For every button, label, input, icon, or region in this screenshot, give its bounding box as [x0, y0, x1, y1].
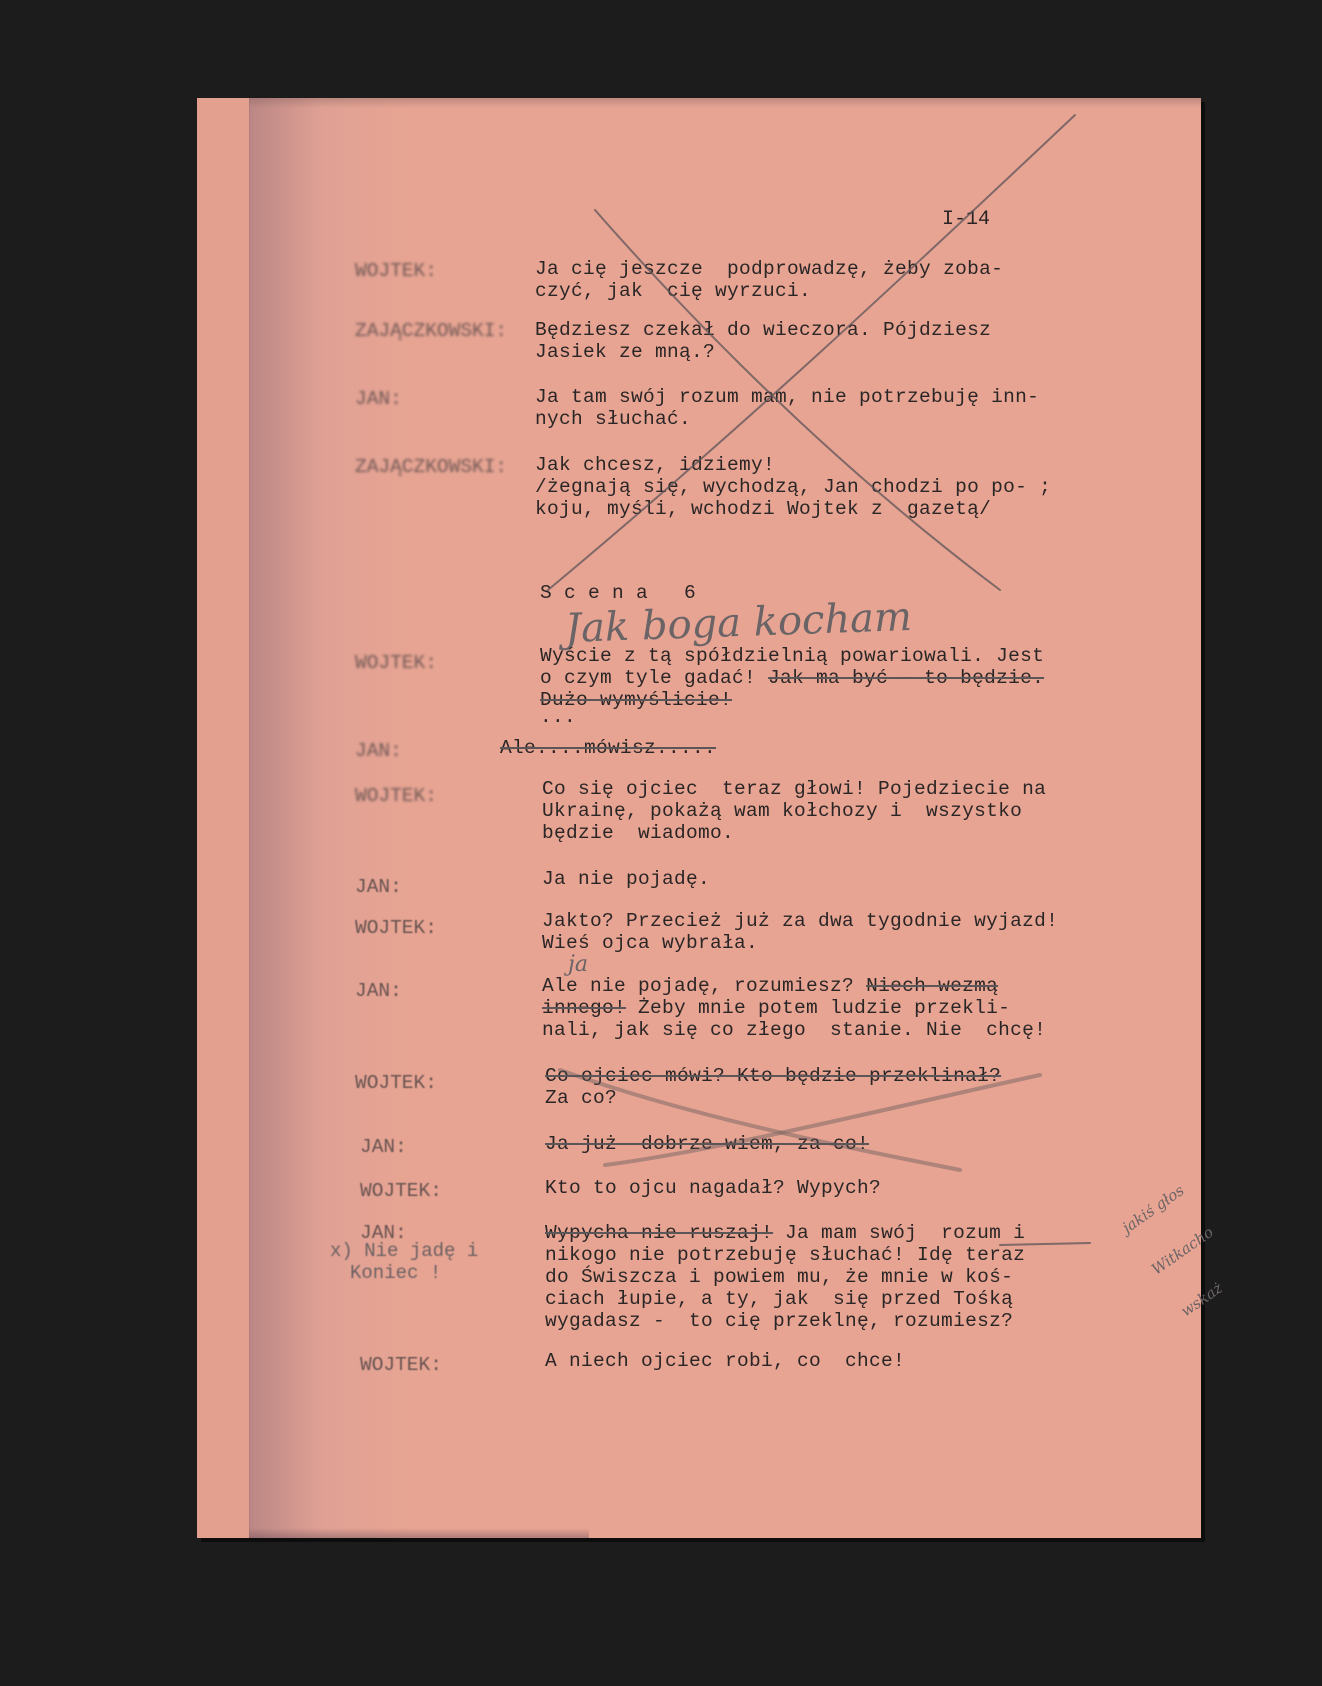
struck-line: Ja już dobrze wiem, za co!: [545, 1133, 869, 1155]
dialogue-text: Ja mam swój rozum i: [773, 1222, 1025, 1244]
struck-text: innego!: [542, 997, 626, 1019]
dialogue-line: do Świszcza i powiem mu, że mnie w koś-: [545, 1266, 1013, 1288]
dialogue-line: Jak chcesz, idziemy!: [535, 454, 775, 476]
dialogue-line: nikogo nie potrzebuję słuchać! Idę teraz: [545, 1244, 1025, 1266]
speaker-label: JAN:: [355, 740, 402, 762]
note-line: Witkacho: [1149, 1224, 1217, 1279]
speaker-label: JAN:: [360, 1136, 407, 1158]
note-line: wskaż: [1178, 1266, 1246, 1321]
dialogue-line: ciach łupie, a ty, jak się przed Tośką: [545, 1288, 1013, 1310]
stage-direction: /żegnają się, wychodzą, Jan chodzi po po…: [535, 476, 1051, 498]
dialogue-line: Co się ojciec teraz głowi! Pojedziecie n…: [542, 778, 1046, 800]
dialogue-line: czyć, jak cię wyrzuci.: [535, 280, 811, 302]
dialogue-line: innego! Żeby mnie potem ludzie przekli-: [542, 997, 1010, 1019]
speaker-label: JAN:: [355, 388, 402, 410]
struck-text: Jak ma być - to będzie.: [768, 667, 1044, 689]
dialogue-text: o czym tyle gadać!: [540, 667, 768, 689]
dialogue-line: będzie wiadomo.: [542, 822, 734, 844]
dialogue-line: A niech ojciec robi, co chce!: [545, 1350, 905, 1372]
dialogue-text: Ale nie pojadę, rozumiesz?: [542, 975, 866, 997]
speaker-label: JAN:: [355, 980, 402, 1002]
top-edge-shadow: [249, 98, 1201, 108]
ellipsis: ...: [540, 706, 576, 728]
struck-line: Co ojciec mówi? Kto będzie przeklinał?: [545, 1065, 1001, 1087]
dialogue-line: Jasiek ze mną.?: [535, 341, 715, 363]
dialogue-line: Ja tam swój rozum mam, nie potrzebuję in…: [535, 386, 1039, 408]
margin-insertion: Koniec !: [350, 1262, 441, 1284]
dialogue-line: Jakto? Przecież już za dwa tygodnie wyja…: [542, 910, 1058, 932]
speaker-label: ZAJĄCZKOWSKI:: [355, 320, 507, 342]
speaker-label: JAN:: [355, 876, 402, 898]
dialogue-line: Ukrainę, pokażą wam kołchozy i wszystko: [542, 800, 1022, 822]
page-curl-shadow: [249, 98, 409, 1538]
note-line: jakiś głos: [1120, 1182, 1188, 1237]
struck-text: Wypycha nie ruszaj!: [545, 1222, 773, 1244]
speaker-label: WOJTEK:: [355, 917, 437, 939]
dialogue-line: nali, jak się co złego stanie. Nie chcę!: [542, 1019, 1046, 1041]
speaker-label: WOJTEK:: [355, 652, 437, 674]
dialogue-line: o czym tyle gadać! Jak ma być - to będzi…: [540, 667, 1044, 689]
stage-direction: koju, myśli, wchodzi Wojtek z gazetą/: [535, 498, 991, 520]
dialogue-line: Ja cię jeszcze podprowadzę, żeby zoba-: [535, 258, 1003, 280]
margin-insertion: x) Nie jadę i: [330, 1240, 478, 1262]
struck-text: Niech wezmą: [866, 975, 998, 997]
dialogue-line: Kto to ojcu nagadał? Wypych?: [545, 1177, 881, 1199]
dialogue-line: Za co?: [545, 1087, 617, 1109]
dialogue-text: Żeby mnie potem ludzie przekli-: [638, 997, 1010, 1019]
dialogue-line: Wyście z tą spółdzielnią powariowali. Je…: [540, 645, 1044, 667]
dialogue-line: Wypycha nie ruszaj! Ja mam swój rozum i: [545, 1222, 1025, 1244]
dialogue-line: Ale nie pojadę, rozumiesz? Niech wezmą: [542, 975, 998, 997]
speaker-label: WOJTEK:: [360, 1180, 442, 1202]
dialogue-line: Będziesz czekał do wieczora. Pójdziesz: [535, 319, 991, 341]
bottom-edge-shadow: [249, 1528, 589, 1538]
speaker-label: WOJTEK:: [355, 260, 437, 282]
scene-heading: S c e n a 6: [540, 582, 696, 604]
dialogue-line: Wieś ojca wybrała.: [542, 932, 758, 954]
speaker-label: ZAJĄCZKOWSKI:: [355, 456, 507, 478]
handwritten-insert: ja: [568, 952, 588, 977]
dialogue-line: nych słuchać.: [535, 408, 691, 430]
page-number: I-14: [942, 208, 990, 231]
dialogue-line: wygadasz - to cię przeklnę, rozumiesz?: [545, 1310, 1013, 1332]
speaker-label: WOJTEK:: [360, 1354, 442, 1376]
dialogue-line: Ja nie pojadę.: [542, 868, 710, 890]
speaker-label: WOJTEK:: [355, 785, 437, 807]
speaker-label: WOJTEK:: [355, 1072, 437, 1094]
struck-line: Ale....mówisz.....: [500, 737, 716, 759]
binding-strip: [197, 98, 250, 1538]
